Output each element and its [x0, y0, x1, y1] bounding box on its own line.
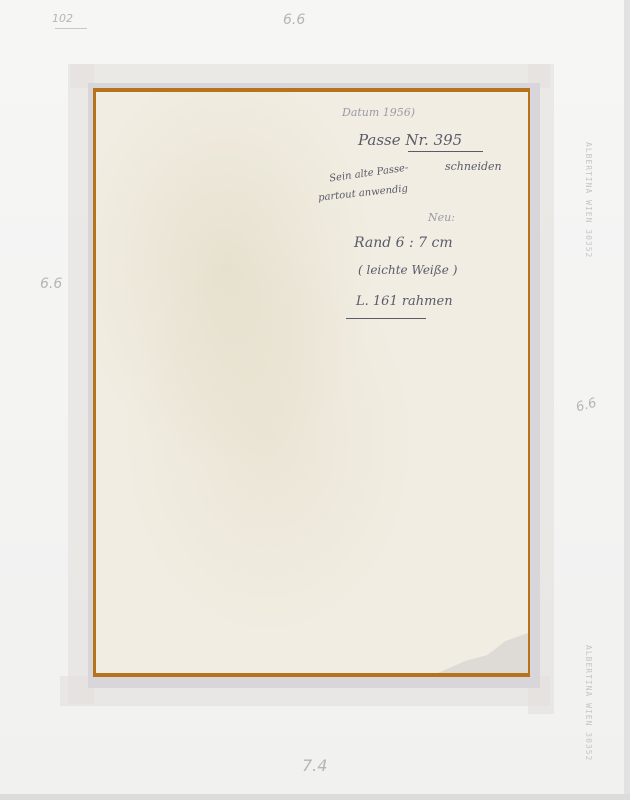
- note-neu: Neu:: [428, 211, 455, 224]
- pencil-note-top-center: 6.6: [283, 12, 305, 28]
- note-schneiden: schneiden: [445, 160, 502, 173]
- mount-edge: [624, 0, 630, 800]
- note-weisse: ( leichte Weiße ): [358, 263, 457, 277]
- collection-stamp-upper: ALBERTINA WIEN 30352: [584, 142, 593, 258]
- note-underline: [346, 318, 426, 319]
- paper-surface: [96, 92, 528, 673]
- note-passe-number: Passe Nr. 395: [358, 131, 462, 149]
- mount-edge: [0, 794, 630, 800]
- pencil-underline: [55, 28, 87, 29]
- note-rahmen: L. 161 rahmen: [356, 294, 453, 309]
- pencil-note-bottom: 7.4: [302, 756, 327, 775]
- pencil-note-top-left: 102: [52, 12, 73, 25]
- pencil-note-left: 6.6: [40, 276, 62, 292]
- collection-stamp-lower: ALBERTINA WIEN 30352: [584, 645, 593, 761]
- artwork-sheet: [93, 88, 530, 677]
- note-date: Datum 1956): [342, 106, 415, 119]
- note-rand: Rand 6 : 7 cm: [354, 235, 453, 251]
- note-underline: [408, 151, 483, 152]
